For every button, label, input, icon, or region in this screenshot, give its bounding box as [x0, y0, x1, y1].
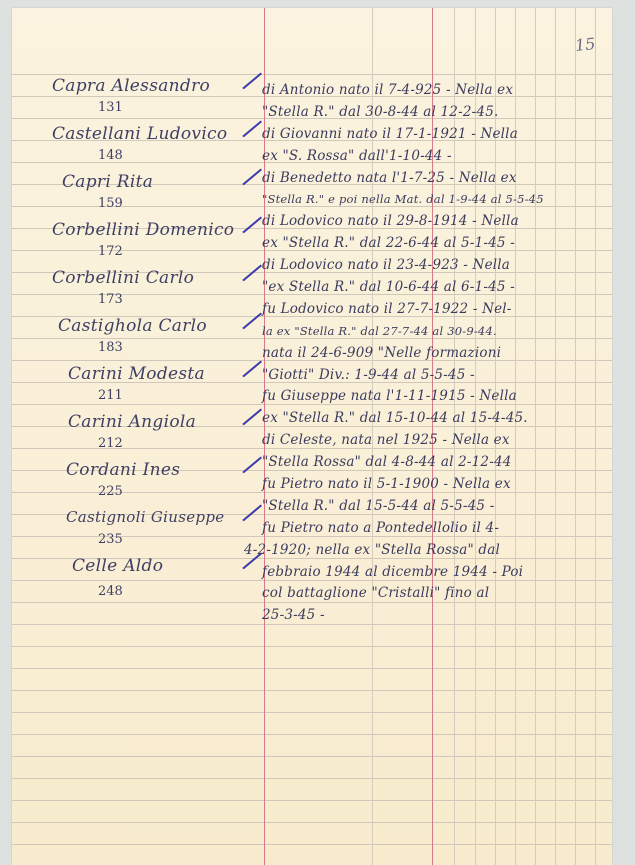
detail-line: febbraio 1944 al dicembre 1944 - Poi [262, 562, 602, 584]
record-number: 225 [98, 484, 123, 499]
name-entry: Corbellini Domenico 172 [52, 218, 267, 266]
check-tick-icon [242, 408, 261, 425]
person-name: Carini Modesta [68, 364, 205, 384]
person-name: Celle Aldo [72, 556, 163, 576]
detail-line: col battaglione "Cristalli" fino al [262, 583, 602, 605]
detail-line: "Giotti" Div.: 1-9-44 al 5-5-45 - [262, 365, 602, 387]
detail-line: di Benedetto nata l'1-7-25 - Nella ex [262, 168, 602, 190]
detail-line: "Stella R." dal 15-5-44 al 5-5-45 - [262, 496, 602, 518]
detail-line: "Stella R." dal 30-8-44 al 12-2-45. [262, 102, 602, 124]
ruled-line [12, 668, 612, 669]
name-entry: Capri Rita 159 [52, 170, 267, 218]
detail-line: la ex "Stella R." dal 27-7-44 al 30-9-44… [262, 321, 602, 343]
name-entry: Capra Alessandro 131 [52, 74, 267, 122]
record-number: 172 [98, 244, 123, 259]
name-entry: Castighola Carlo 183 [52, 314, 267, 362]
detail-line: ex "S. Rossa" dall'1-10-44 - [262, 146, 602, 168]
ruled-line [12, 822, 612, 823]
detail-line: di Lodovico nato il 23-4-923 - Nella [262, 255, 602, 277]
record-number: 248 [98, 584, 123, 599]
details-column: di Antonio nato il 7-4-925 - Nella ex "S… [262, 80, 602, 627]
record-number: 235 [98, 532, 123, 547]
detail-line: di Giovanni nato il 17-1-1921 - Nella [262, 124, 602, 146]
detail-line: di Lodovico nato il 29-8-1914 - Nella [262, 211, 602, 233]
name-entry: Cordani Ines 225 [52, 458, 267, 506]
check-tick-icon [242, 456, 261, 473]
ruled-line [12, 778, 612, 779]
name-entry: Corbellini Carlo 173 [52, 266, 267, 314]
record-number: 173 [98, 292, 123, 307]
detail-line: di Antonio nato il 7-4-925 - Nella ex [262, 80, 602, 102]
check-tick-icon [242, 168, 261, 185]
person-name: Capri Rita [62, 172, 153, 192]
ruled-line [12, 690, 612, 691]
detail-line: di Celeste, nata nel 1925 - Nella ex [262, 430, 602, 452]
page-number: 15 [574, 34, 596, 55]
name-entry: Carini Modesta 211 [52, 362, 267, 410]
detail-line: ex "Stella R." dal 22-6-44 al 5-1-45 - [262, 233, 602, 255]
person-name: Corbellini Carlo [52, 268, 194, 288]
check-tick-icon [242, 264, 261, 281]
detail-line: fu Giuseppe nata l'1-11-1915 - Nella [262, 386, 602, 408]
ruled-line [12, 844, 612, 845]
person-name: Cordani Ines [66, 460, 180, 480]
ruled-line [12, 734, 612, 735]
check-tick-icon [242, 504, 261, 521]
record-number: 183 [98, 340, 123, 355]
person-name: Castellani Ludovico [52, 124, 227, 144]
detail-line: "ex Stella R." dal 10-6-44 al 6-1-45 - [262, 277, 602, 299]
record-number: 211 [98, 388, 123, 403]
detail-line: 4-2-1920; nella ex "Stella Rossa" dal [244, 540, 602, 562]
record-number: 212 [98, 436, 123, 451]
detail-line: "Stella Rossa" dal 4-8-44 al 2-12-44 [262, 452, 602, 474]
person-name: Capra Alessandro [52, 76, 210, 96]
detail-line: "Stella R." e poi nella Mat. dal 1-9-44 … [262, 189, 602, 211]
detail-line: fu Pietro nato a Pontedellolio il 4- [262, 518, 602, 540]
detail-line: fu Pietro nato il 5-1-1900 - Nella ex [262, 474, 602, 496]
name-entry: Castignoli Giuseppe 235 [52, 506, 267, 554]
check-tick-icon [242, 216, 261, 233]
name-entry: Celle Aldo 248 [52, 554, 267, 602]
detail-line: 25-3-45 - [262, 605, 602, 627]
names-column: Capra Alessandro 131 Castellani Ludovico… [52, 74, 267, 602]
person-name: Castignoli Giuseppe [66, 508, 224, 526]
detail-line: nata il 24-6-909 "Nelle formazioni [262, 343, 602, 365]
record-number: 159 [98, 196, 123, 211]
detail-line: fu Lodovico nato il 27-7-1922 - Nel- [262, 299, 602, 321]
check-tick-icon [242, 120, 261, 137]
record-number: 148 [98, 148, 123, 163]
check-tick-icon [242, 72, 261, 89]
name-entry: Castellani Ludovico 148 [52, 122, 267, 170]
record-number: 131 [98, 100, 123, 115]
ruled-line [12, 712, 612, 713]
name-entry: Carini Angiola 212 [52, 410, 267, 458]
ruled-line [12, 646, 612, 647]
person-name: Castighola Carlo [58, 316, 207, 336]
detail-line: ex "Stella R." dal 15-10-44 al 15-4-45. [262, 408, 602, 430]
person-name: Corbellini Domenico [52, 220, 234, 240]
ruled-line [12, 800, 612, 801]
ruled-line [12, 756, 612, 757]
person-name: Carini Angiola [68, 412, 196, 432]
check-tick-icon [242, 360, 261, 377]
check-tick-icon [242, 312, 261, 329]
